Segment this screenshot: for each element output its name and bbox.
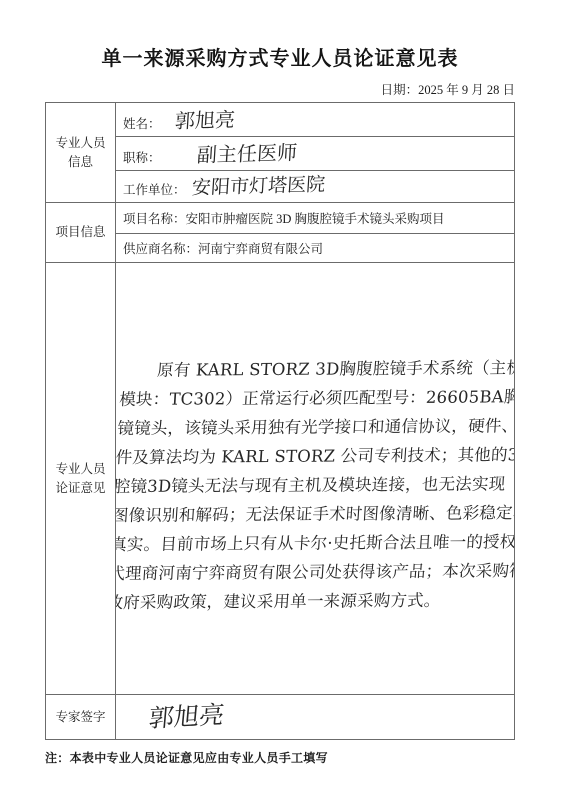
expert-signature-handwritten: 郭旭亮 bbox=[147, 695, 226, 735]
field-job-title-handwritten-value: 副主任医师 bbox=[196, 137, 298, 168]
field-job-title-label: 职称： bbox=[123, 151, 161, 165]
opinion-line: 件及算法均为 KARL STORZ 公司专利技术；其他的3D胸腹 bbox=[116, 440, 501, 472]
table-row-project-name: 项目信息 项目名称：安阳市肿瘤医院 3D 胸腹腔镜手术镜头采购项目 bbox=[46, 203, 515, 234]
field-work-unit-label: 工作单位： bbox=[123, 183, 186, 197]
table-row-work-unit: 工作单位：安阳市灯塔医院 bbox=[46, 171, 515, 203]
field-name-cell: 姓名：郭旭亮 bbox=[116, 103, 515, 137]
opinion-line: 腔镜3D镜头无法与现有主机及模块连接，也无法实现 bbox=[116, 469, 499, 501]
section-label-project-info: 项目信息 bbox=[46, 203, 116, 263]
section-label-expert-signature: 专家签字 bbox=[46, 695, 116, 740]
field-name-handwritten-value: 郭旭亮 bbox=[174, 103, 236, 134]
opinion-cell: 原有 KARL STORZ 3D胸腹腔镜手术系统（主机：TC200， 模块：TC… bbox=[116, 263, 515, 695]
field-work-unit-handwritten-value: 安阳市灯塔医院 bbox=[191, 171, 326, 200]
table-row-opinion: 专业人员论证意见 原有 KARL STORZ 3D胸腹腔镜手术系统（主机：TC2… bbox=[46, 263, 515, 695]
field-project-name-value: 安阳市肿瘤医院 3D 胸腹腔镜手术镜头采购项目 bbox=[186, 212, 445, 226]
table-row-supplier-name: 供应商名称：河南宁弈商贸有限公司 bbox=[46, 234, 515, 263]
field-work-unit-cell: 工作单位：安阳市灯塔医院 bbox=[116, 171, 515, 203]
field-supplier-name-label: 供应商名称： bbox=[123, 242, 198, 256]
field-supplier-name-value: 河南宁弈商贸有限公司 bbox=[198, 242, 323, 256]
field-job-title-cell: 职称：副主任医师 bbox=[116, 137, 515, 171]
opinion-line: 原有 KARL STORZ 3D胸腹腔镜手术系统（主机：TC200， bbox=[120, 353, 506, 385]
document-sheet: 单一来源采购方式专业人员论证意见表 日期：2025 年 9 月 28 日 专业人… bbox=[45, 40, 515, 766]
table-row-name: 专业人员信息 姓名：郭旭亮 bbox=[46, 103, 515, 137]
opinion-form-table: 专业人员信息 姓名：郭旭亮 职称：副主任医师 工作单位：安阳市灯塔医院 项目信息… bbox=[45, 102, 515, 740]
opinion-line: 政府采购政策，建议采用单一来源采购方式。 bbox=[116, 585, 492, 617]
opinion-line: 真实。目前市场上只有从卡尔·史托斯合法且唯一的授权 bbox=[116, 527, 496, 559]
footnote: 注：本表中专业人员论证意见应由专业人员手工填写 bbox=[45, 749, 515, 766]
signature-cell: 郭旭亮 bbox=[116, 695, 515, 740]
section-label-opinion: 专业人员论证意见 bbox=[46, 263, 116, 695]
table-row-signature: 专家签字 郭旭亮 bbox=[46, 695, 515, 740]
opinion-line: 代理商河南宁弈商贸有限公司处获得该产品；本次采购符合 bbox=[116, 556, 494, 588]
section-label-professional-info: 专业人员信息 bbox=[46, 103, 116, 203]
opinion-line: 模块：TC302）正常运行必须匹配型号：26605BA胸腹腔 bbox=[118, 382, 504, 414]
date-line: 日期：2025 年 9 月 28 日 bbox=[45, 80, 515, 98]
field-project-name-label: 项目名称： bbox=[123, 212, 186, 226]
page-title: 单一来源采购方式专业人员论证意见表 bbox=[45, 42, 515, 71]
field-name-label: 姓名： bbox=[123, 117, 161, 131]
field-project-name-cell: 项目名称：安阳市肿瘤医院 3D 胸腹腔镜手术镜头采购项目 bbox=[116, 203, 515, 234]
field-supplier-name-cell: 供应商名称：河南宁弈商贸有限公司 bbox=[116, 234, 515, 263]
opinion-line: 图像识别和解码；无法保证手术时图像清晰、色彩稳定、 bbox=[116, 498, 497, 530]
opinion-line: 镜镜头，该镜头采用独有光学接口和通信协议，硬件、软 bbox=[117, 411, 503, 443]
opinion-handwritten-text: 原有 KARL STORZ 3D胸腹腔镜手术系统（主机：TC200， 模块：TC… bbox=[116, 338, 507, 617]
table-row-job-title: 职称：副主任医师 bbox=[46, 137, 515, 171]
